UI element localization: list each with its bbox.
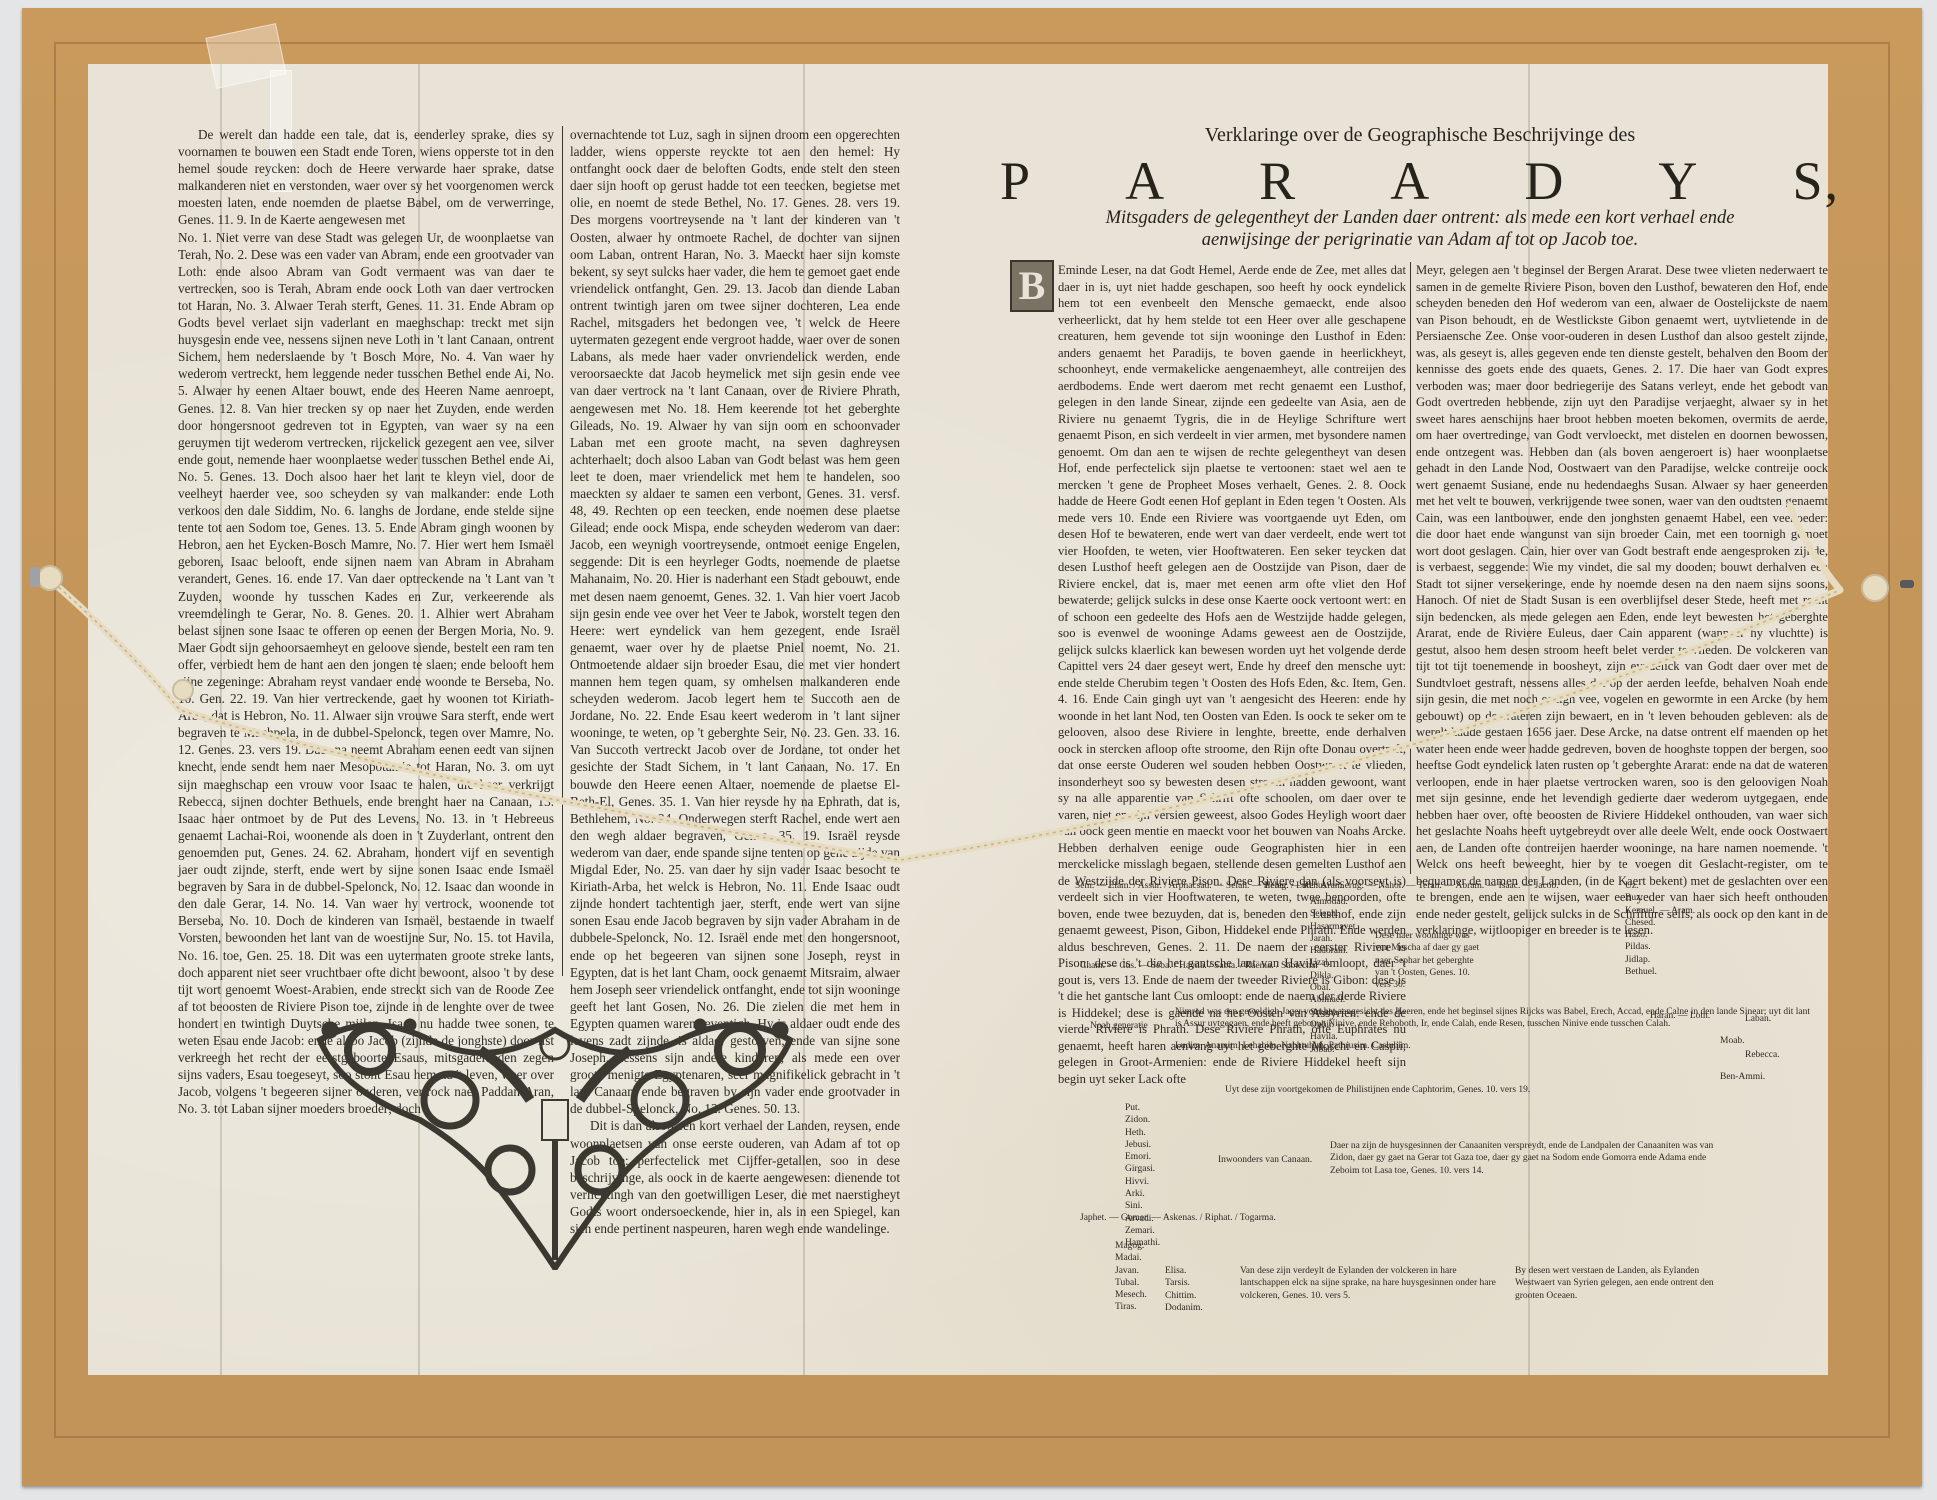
- tree-name: Madai.: [1115, 1252, 1175, 1264]
- tree-name: Anamim.: [1205, 1041, 1241, 1051]
- tree-name: Chesed.: [1625, 917, 1745, 929]
- tree-peleg: Peleg. — Rehu. — Serug. — Nahor. — Terah…: [1265, 880, 1559, 892]
- title-letter: D: [1524, 150, 1565, 212]
- tree-name: Hadoram.: [1310, 945, 1380, 957]
- tree-canaan-label: Inwoonders van Canaan.: [1218, 1154, 1312, 1166]
- tree-javan-note-1: Van dese zijn verdeylt de Eylanden der v…: [1240, 1265, 1505, 1302]
- tree-name: Heth.: [1125, 1127, 1245, 1139]
- tree-name: Naphtuhim.: [1281, 1041, 1326, 1051]
- tree-name: Seleph.: [1310, 908, 1380, 920]
- column-rule: [562, 126, 563, 976]
- tree-name: Kemuel. — Aram.: [1625, 905, 1745, 917]
- body-text: overnachtende tot Luz, sagh in sijnen dr…: [570, 126, 900, 1117]
- title-letter: A: [1390, 150, 1431, 212]
- tree-name: Jarah.: [1310, 933, 1380, 945]
- tree-name: Moab.: [1720, 1035, 1765, 1047]
- tree-name: Jebusi.: [1125, 1139, 1245, 1151]
- tree-name: Chittim.: [1165, 1290, 1225, 1302]
- tree-javan-sons: Elisa. Tarsis. Chittim. Dodanim.: [1165, 1265, 1225, 1314]
- tree-name: Ben-Ammi.: [1720, 1071, 1765, 1083]
- tree-name: Jidlap.: [1625, 954, 1745, 966]
- tree-name: Zemari.: [1125, 1225, 1245, 1237]
- tree-name: Ludim.: [1175, 1041, 1203, 1051]
- tree-nimrod-note: Nimrod was een geweldigh Jager voor het …: [1175, 1006, 1815, 1031]
- title-letter: Y: [1658, 150, 1699, 212]
- title-letter: R: [1259, 150, 1297, 212]
- tree-name: Zidon.: [1125, 1114, 1245, 1126]
- tree-name: Magog.: [1115, 1240, 1175, 1252]
- body-text: De werelt dan hadde een tale, dat is, ee…: [178, 126, 554, 229]
- title-paradys: P A R A D Y S,: [1000, 150, 1840, 212]
- title-letter: A: [1125, 150, 1166, 212]
- body-text: No. 1. Niet verre van dese Stadt was gel…: [178, 229, 554, 1118]
- tree-joktan-note: Dese haer wooninge was van Mescha af dae…: [1375, 930, 1485, 991]
- subtitle-line-1: Mitsgaders de gelegentheyt der Landen da…: [1000, 207, 1840, 229]
- tree-canaan-note: Daer na zijn de huysgesinnen der Canaani…: [1330, 1140, 1730, 1177]
- tree-name: Put.: [1125, 1102, 1245, 1114]
- tree-name: Hivvi.: [1125, 1176, 1245, 1188]
- tree-name: Dodanim.: [1165, 1302, 1225, 1314]
- tree-nahor-sons: Uz. Buz. Kemuel. — Aram. Chesed. Hazo. P…: [1625, 880, 1745, 978]
- body-text: Meyr, gelegen aen 't beginsel der Bergen…: [1416, 262, 1828, 939]
- subtitle: Mitsgaders de gelegentheyt der Landen da…: [1000, 207, 1840, 251]
- left-page-column-1: De werelt dan hadde een tale, dat is, ee…: [178, 126, 554, 1117]
- ornament-vignette-icon: [310, 1010, 800, 1270]
- tree-name: Elisa.: [1165, 1265, 1225, 1277]
- tree-name: Hasarmavet.: [1310, 921, 1380, 933]
- tree-name: Pildas.: [1625, 941, 1745, 953]
- tree-name: Sini.: [1125, 1200, 1245, 1212]
- tree-name: Casluhim.: [1372, 1041, 1411, 1051]
- tree-name: Abimaël.: [1310, 994, 1380, 1006]
- tree-name: Pathrusim.: [1329, 1041, 1370, 1051]
- tree-japhet: Japhet. — Gomer. — Askenas. / Riphat. / …: [1080, 1212, 1330, 1224]
- tree-name: Buz.: [1625, 892, 1745, 904]
- tree-name: Bethuel.: [1625, 966, 1745, 978]
- tree-loth-children: Moab. Ben-Ammi.: [1720, 1010, 1765, 1108]
- title-letter: S,: [1792, 150, 1840, 212]
- title-letter: P: [1000, 150, 1032, 212]
- right-page-column-2: Meyr, gelegen aen 't beginsel der Bergen…: [1416, 262, 1828, 939]
- title-line-1: Verklaringe over de Geographische Beschr…: [1000, 124, 1840, 147]
- column-rule: [1410, 262, 1411, 874]
- tree-mitsraim: Ludim. Anamim. Lehabim. Naphtuhim. Pathr…: [1175, 1040, 1475, 1052]
- tree-root-noah: Noah generatie: [1090, 1020, 1180, 1032]
- tree-joktan-sons: Almodad. Seleph. Hasarmavet. Jarah. Hado…: [1310, 896, 1380, 1056]
- tree-name: Lehabim.: [1243, 1041, 1279, 1051]
- tree-name: Almodad.: [1310, 896, 1380, 908]
- tree-name: Hazo.: [1625, 929, 1745, 941]
- tree-casluhim-note: Uyt dese zijn voortgekomen de Philistijn…: [1225, 1084, 1625, 1096]
- tree-name: Uz.: [1625, 880, 1745, 892]
- tree-javan-note-2: By desen wert verstaen de Landen, als Ey…: [1515, 1265, 1740, 1302]
- subtitle-line-2: aenwijsinge der perigrinatie van Adam af…: [1000, 229, 1840, 251]
- decorated-initial: B: [1010, 260, 1054, 312]
- tree-name: Obal.: [1310, 982, 1380, 994]
- tree-canaan: Put. Zidon. Heth. Jebusi. Emori. Girgasi…: [1125, 1102, 1245, 1250]
- tree-cham: Cham. — Cus. — Seba. / Havila. / Sabta. …: [1080, 960, 1380, 972]
- tree-name: Arki.: [1125, 1188, 1245, 1200]
- tree-name: Tarsis.: [1165, 1277, 1225, 1289]
- tree-haran: Haran. — Loth.: [1650, 1010, 1710, 1022]
